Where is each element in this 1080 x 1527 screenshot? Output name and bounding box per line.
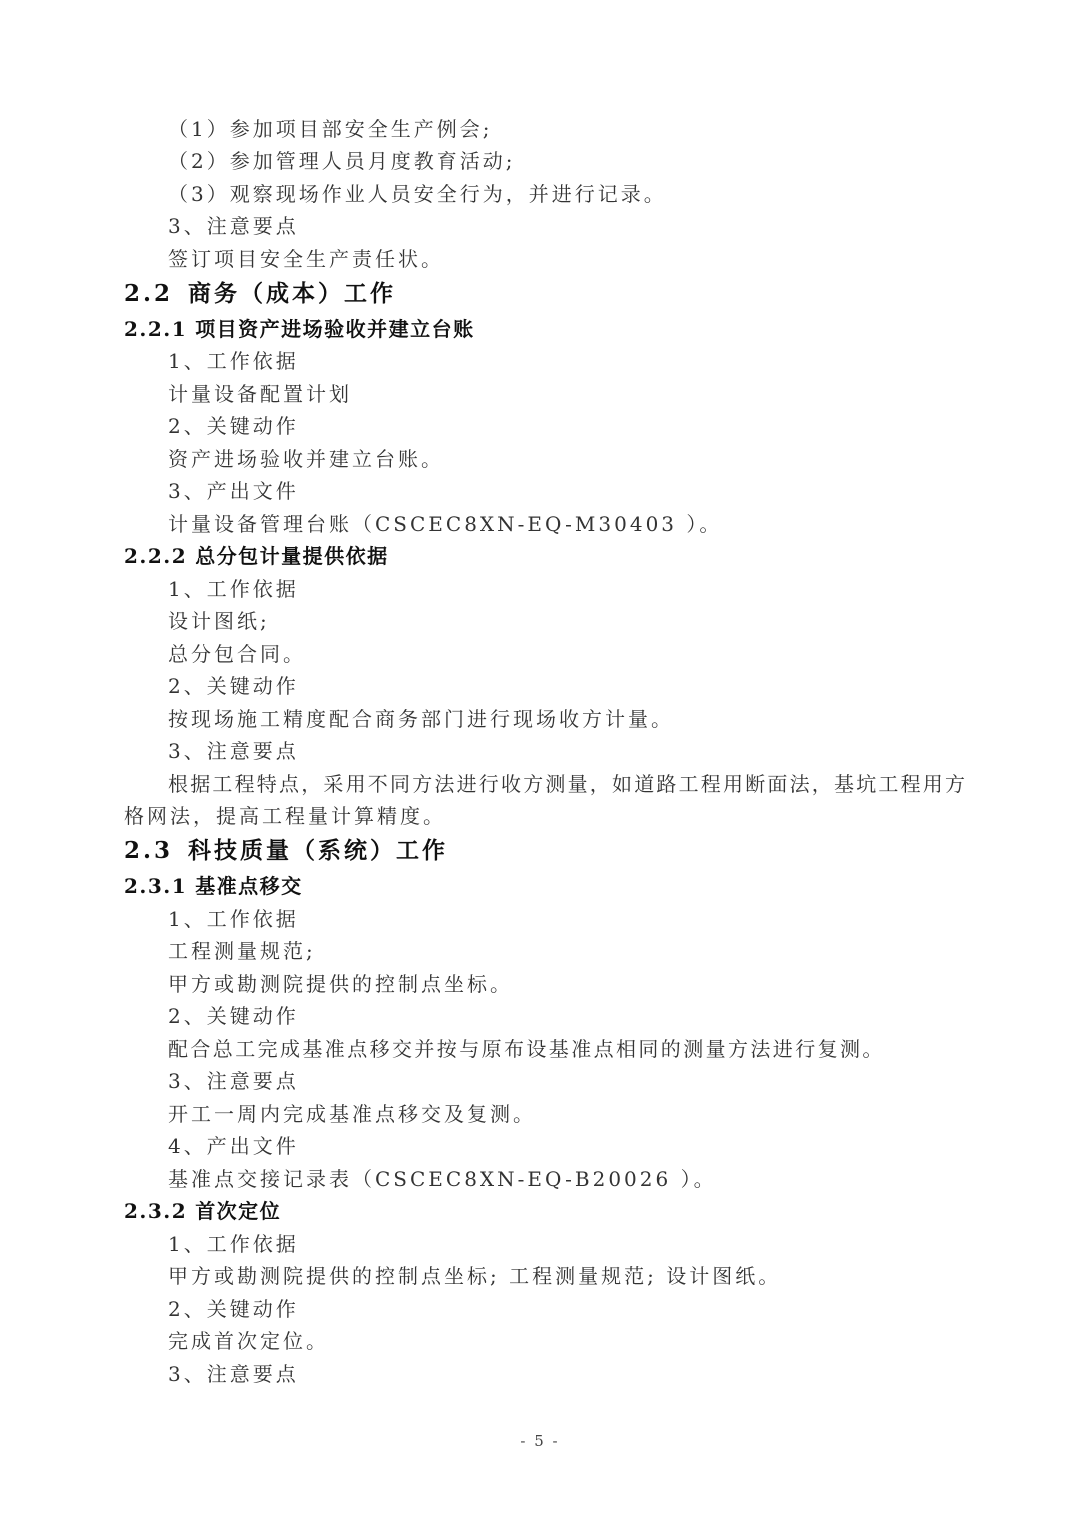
item-label: 3、注意要点: [168, 1361, 299, 1387]
subsection-number: 2.3.1: [124, 874, 187, 898]
item-label: 4、产出文件: [168, 1133, 299, 1159]
item-label: 1、工作依据: [168, 348, 299, 374]
subsection-title: 首次定位: [195, 1199, 281, 1223]
paragraph: 开工一周内完成基准点移交及复测。: [168, 1101, 536, 1127]
paragraph: 签订项目安全生产责任状。: [168, 246, 444, 272]
document-page: （1）参加项目部安全生产例会; （2）参加管理人员月度教育活动; （3）观察现场…: [0, 0, 1080, 1527]
subsection-number: 2.3.2: [124, 1199, 187, 1223]
item-label: 3、注意要点: [168, 738, 299, 764]
paragraph: 格网法，提高工程量计算精度。: [124, 803, 446, 829]
item-label: 1、工作依据: [168, 1231, 299, 1257]
section-title: 科技质量（系统）工作: [188, 837, 448, 864]
subsection-number: 2.2.1: [124, 317, 187, 341]
item-label: 2、关键动作: [168, 673, 299, 699]
paragraph: 工程测量规范;: [168, 938, 316, 964]
subsection-heading-2-2-2: 2.2.2总分包计量提供依据: [124, 543, 389, 569]
subsection-heading-2-2-1: 2.2.1项目资产进场验收并建立台账: [124, 316, 475, 342]
section-heading-2-2: 2.2商务（成本）工作: [124, 279, 396, 309]
item-label: 3、产出文件: [168, 478, 299, 504]
paragraph: 总分包合同。: [168, 641, 306, 667]
list-item: （3）观察现场作业人员安全行为，并进行记录。: [168, 181, 667, 207]
paragraph: 甲方或勘测院提供的控制点坐标; 工程测量规范; 设计图纸。: [168, 1263, 781, 1289]
paragraph: 完成首次定位。: [168, 1328, 329, 1354]
paragraph: 计量设备管理台账（CSCEC8XN-EQ-M30403 ）。: [168, 511, 722, 537]
item-label: 2、关键动作: [168, 413, 299, 439]
section-number: 2.3: [124, 836, 188, 866]
section-number: 2.2: [124, 279, 188, 309]
paragraph: 基准点交接记录表（CSCEC8XN-EQ-B20026 ）。: [168, 1166, 717, 1192]
item-label: 2、关键动作: [168, 1003, 299, 1029]
subsection-title: 基准点移交: [195, 874, 303, 898]
paragraph: 配合总工完成基准点移交并按与原布设基准点相同的测量方法进行复测。: [168, 1036, 885, 1062]
paragraph: 根据工程特点，采用不同方法进行收方测量，如道路工程用断面法，基坑工程用方: [168, 771, 967, 797]
subsection-title: 总分包计量提供依据: [195, 544, 389, 568]
page-number: - 5 -: [0, 1432, 1080, 1450]
item-label: 3、注意要点: [168, 1068, 299, 1094]
subsection-heading-2-3-1: 2.3.1基准点移交: [124, 873, 303, 899]
section-heading-2-3: 2.3科技质量（系统）工作: [124, 836, 448, 866]
subsection-title: 项目资产进场验收并建立台账: [195, 317, 475, 341]
paragraph: 计量设备配置计划: [168, 381, 352, 407]
subsection-heading-2-3-2: 2.3.2首次定位: [124, 1198, 281, 1224]
paragraph: 资产进场验收并建立台账。: [168, 446, 444, 472]
item-label: 1、工作依据: [168, 576, 299, 602]
section-title: 商务（成本）工作: [188, 280, 396, 307]
paragraph: 甲方或勘测院提供的控制点坐标。: [168, 971, 513, 997]
item-label: 2、关键动作: [168, 1296, 299, 1322]
subheading-label: 3、注意要点: [168, 213, 299, 239]
paragraph: 按现场施工精度配合商务部门进行现场收方计量。: [168, 706, 674, 732]
subsection-number: 2.2.2: [124, 544, 187, 568]
item-label: 1、工作依据: [168, 906, 299, 932]
list-item: （2）参加管理人员月度教育活动;: [168, 148, 515, 174]
list-item: （1）参加项目部安全生产例会;: [168, 116, 492, 142]
paragraph: 设计图纸;: [168, 608, 270, 634]
